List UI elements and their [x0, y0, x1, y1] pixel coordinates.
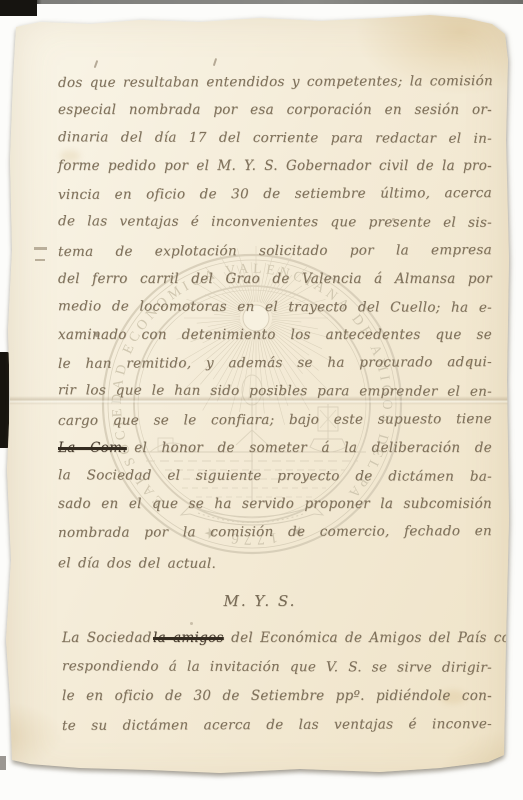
wax-residue-spot	[0, 700, 5, 713]
foxing-speck	[467, 360, 472, 364]
margin-dash-mark	[35, 259, 45, 261]
foxing-stain	[440, 690, 466, 704]
manuscript-line: le han remitido, y además se ha procurad…	[58, 354, 492, 380]
stray-ink-tick	[213, 58, 217, 66]
seal-landscape-icon	[138, 438, 366, 497]
seal-tree-icon	[236, 375, 268, 502]
manuscript-line: xaminado con detenimiento los antecedent…	[58, 327, 492, 351]
fold-crease	[0, 396, 523, 405]
manuscript-line: te su dictámen acerca de las ventajas é …	[62, 716, 492, 742]
foxing-stain	[60, 150, 80, 162]
manuscript-line: rir los que le han sido posibles para em…	[58, 382, 492, 408]
manuscript-line: nombrada por la comisión de comercio, fe…	[58, 523, 492, 549]
manuscript-line: tema de explotación solicitado por la em…	[58, 242, 492, 268]
paper-shadow-wrap: REAL SOCIEDAD ECONOMICA VALENCIANA DE AM…	[0, 0, 523, 800]
struck-text: La Com.	[58, 440, 127, 456]
manuscript-line: medio de locomotoras en el trayecto del …	[58, 298, 492, 324]
seal-year-text: ★ 1776 ★	[197, 521, 307, 547]
margin-dash-mark	[34, 247, 47, 250]
manuscript-line: cargo que se le confiara; bajo este supu…	[58, 411, 492, 437]
seal-ring-text: REAL SOCIEDAD ECONOMICA VALENCIANA DE AM…	[0, 0, 394, 509]
manuscript-line: del ferro carril del Grao de Valencia á …	[58, 271, 492, 295]
seal-sun-rays-icon	[176, 246, 335, 430]
manuscript-line-text: el honor de someter á la deliberación de	[134, 440, 492, 456]
foxing-speck	[392, 218, 395, 221]
struck-text: la amigos	[153, 630, 224, 646]
seal-sun-icon	[243, 305, 269, 331]
manuscript-closing-line: el día dos del actual.	[58, 555, 492, 581]
seal-ribbon-icon	[181, 506, 323, 525]
foxing-speck	[95, 333, 99, 337]
manuscript-line: especial nombrada por esa corporación en…	[58, 102, 492, 126]
manuscript-line: le en oficio de 30 de Setiembre ppº. pid…	[62, 688, 492, 712]
manuscript-line-text: del Económica de Amigos del País cor-	[231, 630, 522, 646]
manuscript-line-with-strikethrough: La Sociedadla amigosdel Económica de Ami…	[62, 630, 492, 654]
manuscript-line: la Sociedad el siguiente proyecto de dic…	[58, 467, 492, 493]
manuscript-line: dinaria del día 17 del corriente para re…	[58, 129, 492, 155]
manuscript-line: respondiendo á la invitación que V. S. s…	[62, 658, 492, 684]
manuscript-line: dos que resultaban entendidos y competen…	[58, 73, 492, 99]
stray-ink-tick	[94, 60, 98, 68]
manuscript-line-text: La Sociedad	[62, 630, 152, 646]
manuscript-line: sado en el que se ha servido proponer la…	[58, 496, 492, 520]
manuscript-page: REAL SOCIEDAD ECONOMICA VALENCIANA DE AM…	[0, 0, 523, 800]
manuscript-line: vincia en oficio de 30 de setiembre últi…	[58, 185, 492, 211]
scanned-document: REAL SOCIEDAD ECONOMICA VALENCIANA DE AM…	[0, 0, 523, 800]
seal-ship-icon	[310, 404, 346, 452]
salutation-heading: M. Y. S.	[190, 592, 330, 612]
manuscript-line: de las ventajas é inconvenientes que pre…	[58, 213, 492, 239]
foxing-speck	[190, 622, 193, 625]
society-seal-watermark: REAL SOCIEDAD ECONOMICA VALENCIANA DE AM…	[0, 0, 523, 800]
manuscript-line: forme pedido por el M. Y. S. Gobernador …	[58, 158, 492, 182]
manuscript-line-with-strikethrough: La Com.el honor de someter á la delibera…	[58, 440, 492, 464]
handwritten-text: dos que resultaban entendidos y competen…	[0, 0, 523, 800]
